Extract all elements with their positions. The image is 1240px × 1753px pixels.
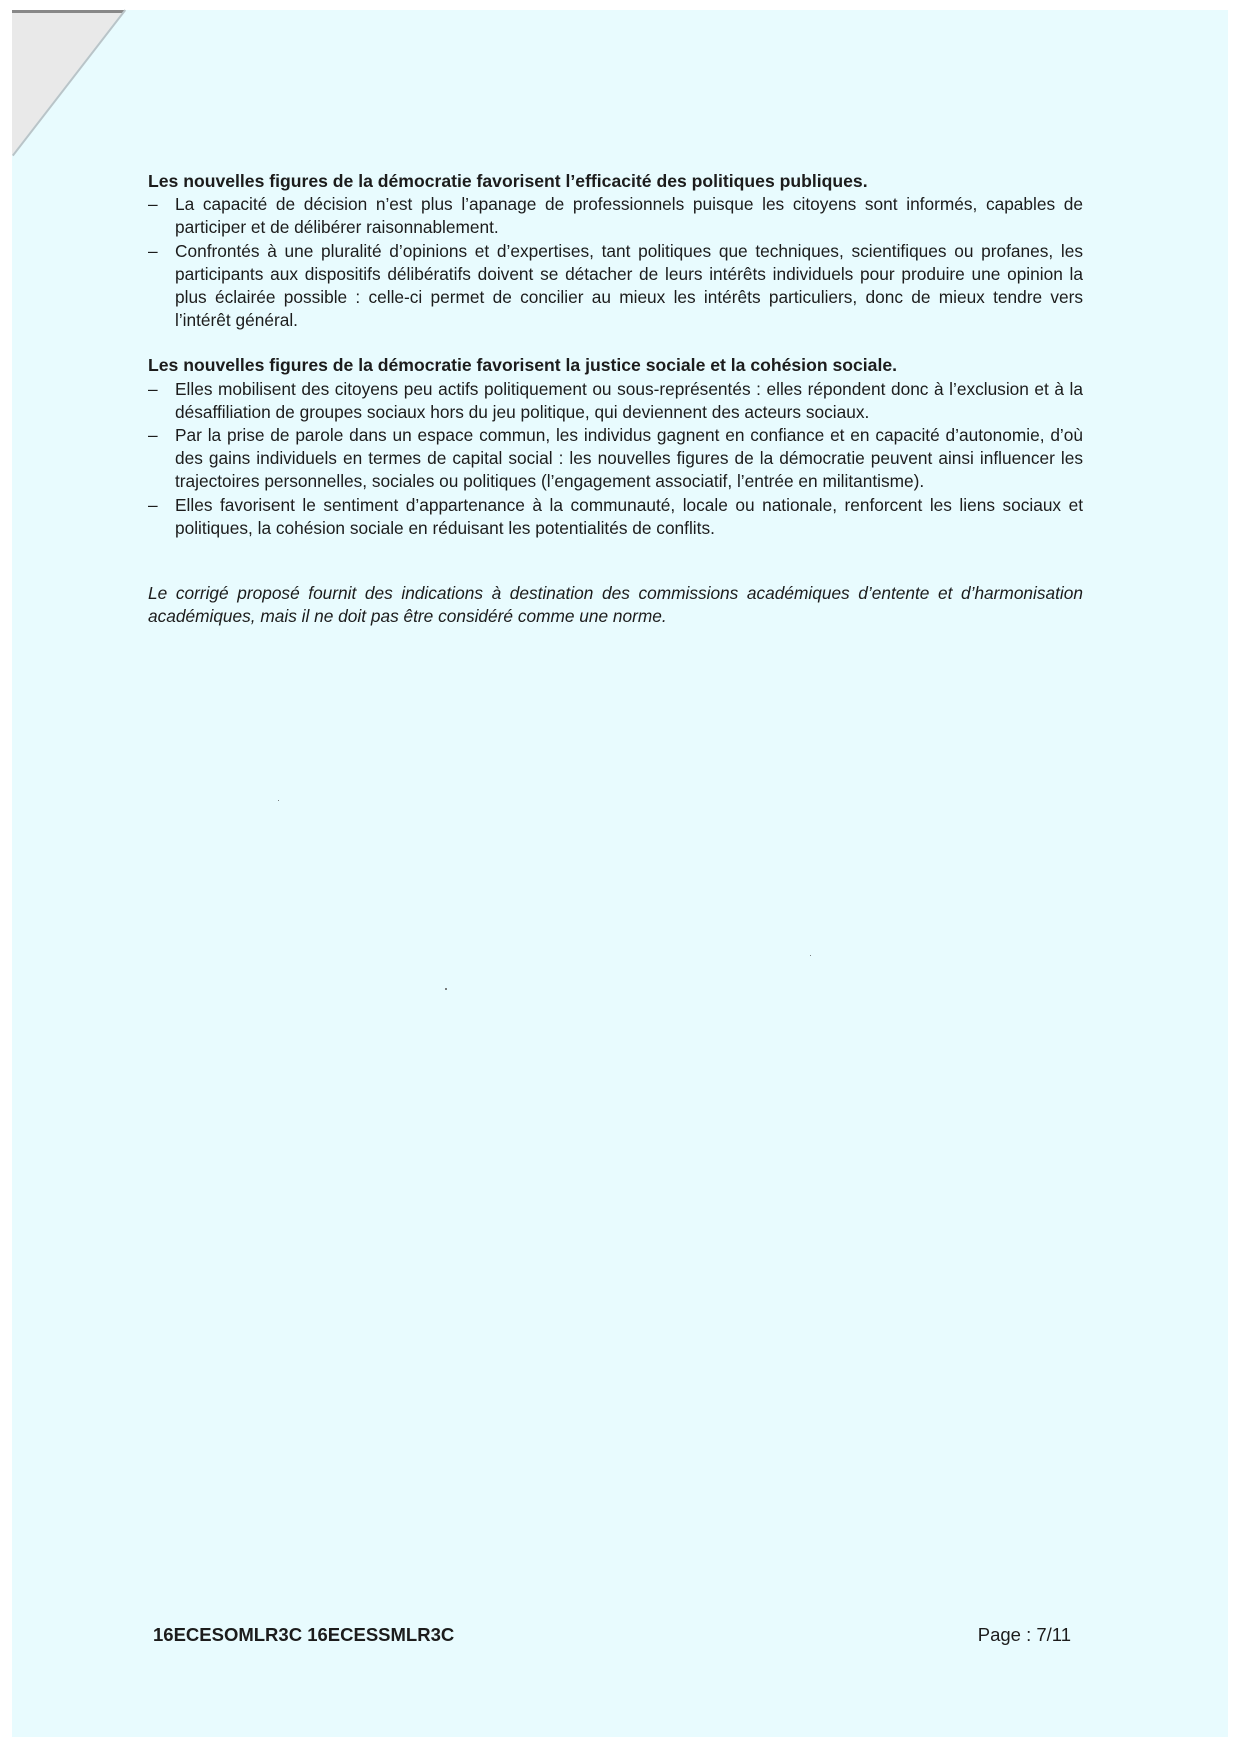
document-body: Les nouvelles figures de la démocratie f… <box>148 170 1083 646</box>
scan-speck <box>445 988 447 990</box>
list-item: – Confrontés à une pluralité d’opinions … <box>148 240 1083 333</box>
list-item: – Elles mobilisent des citoyens peu acti… <box>148 378 1083 424</box>
dash-bullet-icon: – <box>148 240 158 263</box>
section-heading: Les nouvelles figures de la démocratie f… <box>148 354 1083 377</box>
dash-bullet-icon: – <box>148 494 158 517</box>
list-item: – La capacité de décision n’est plus l’a… <box>148 193 1083 239</box>
list-item-text: Elles favorisent le sentiment d’apparten… <box>175 495 1083 538</box>
list-item: – Elles favorisent le sentiment d’appart… <box>148 494 1083 540</box>
bullet-list: – La capacité de décision n’est plus l’a… <box>148 193 1083 332</box>
bullet-list: – Elles mobilisent des citoyens peu acti… <box>148 378 1083 540</box>
scan-speck <box>810 955 811 956</box>
list-item-text: Par la prise de parole dans un espace co… <box>175 425 1083 491</box>
list-item-text: Elles mobilisent des citoyens peu actifs… <box>175 379 1083 422</box>
folded-corner-shadow <box>12 10 124 13</box>
document-code: 16ECESOMLR3C 16ECESSMLR3C <box>153 1624 454 1646</box>
page-number: Page : 7/11 <box>978 1624 1071 1646</box>
section-justice-sociale: Les nouvelles figures de la démocratie f… <box>148 354 1083 540</box>
dash-bullet-icon: – <box>148 424 158 447</box>
disclaimer-note: Le corrigé proposé fournit des indicatio… <box>148 582 1083 628</box>
page-footer: 16ECESOMLR3C 16ECESSMLR3C Page : 7/11 <box>153 1624 1071 1646</box>
dash-bullet-icon: – <box>148 193 158 216</box>
list-item-text: La capacité de décision n’est plus l’apa… <box>175 194 1083 237</box>
section-heading: Les nouvelles figures de la démocratie f… <box>148 170 1083 193</box>
list-item: – Par la prise de parole dans un espace … <box>148 424 1083 494</box>
dash-bullet-icon: – <box>148 378 158 401</box>
list-item-text: Confrontés à une pluralité d’opinions et… <box>175 241 1083 331</box>
section-efficacite: Les nouvelles figures de la démocratie f… <box>148 170 1083 332</box>
scan-speck <box>278 800 279 801</box>
